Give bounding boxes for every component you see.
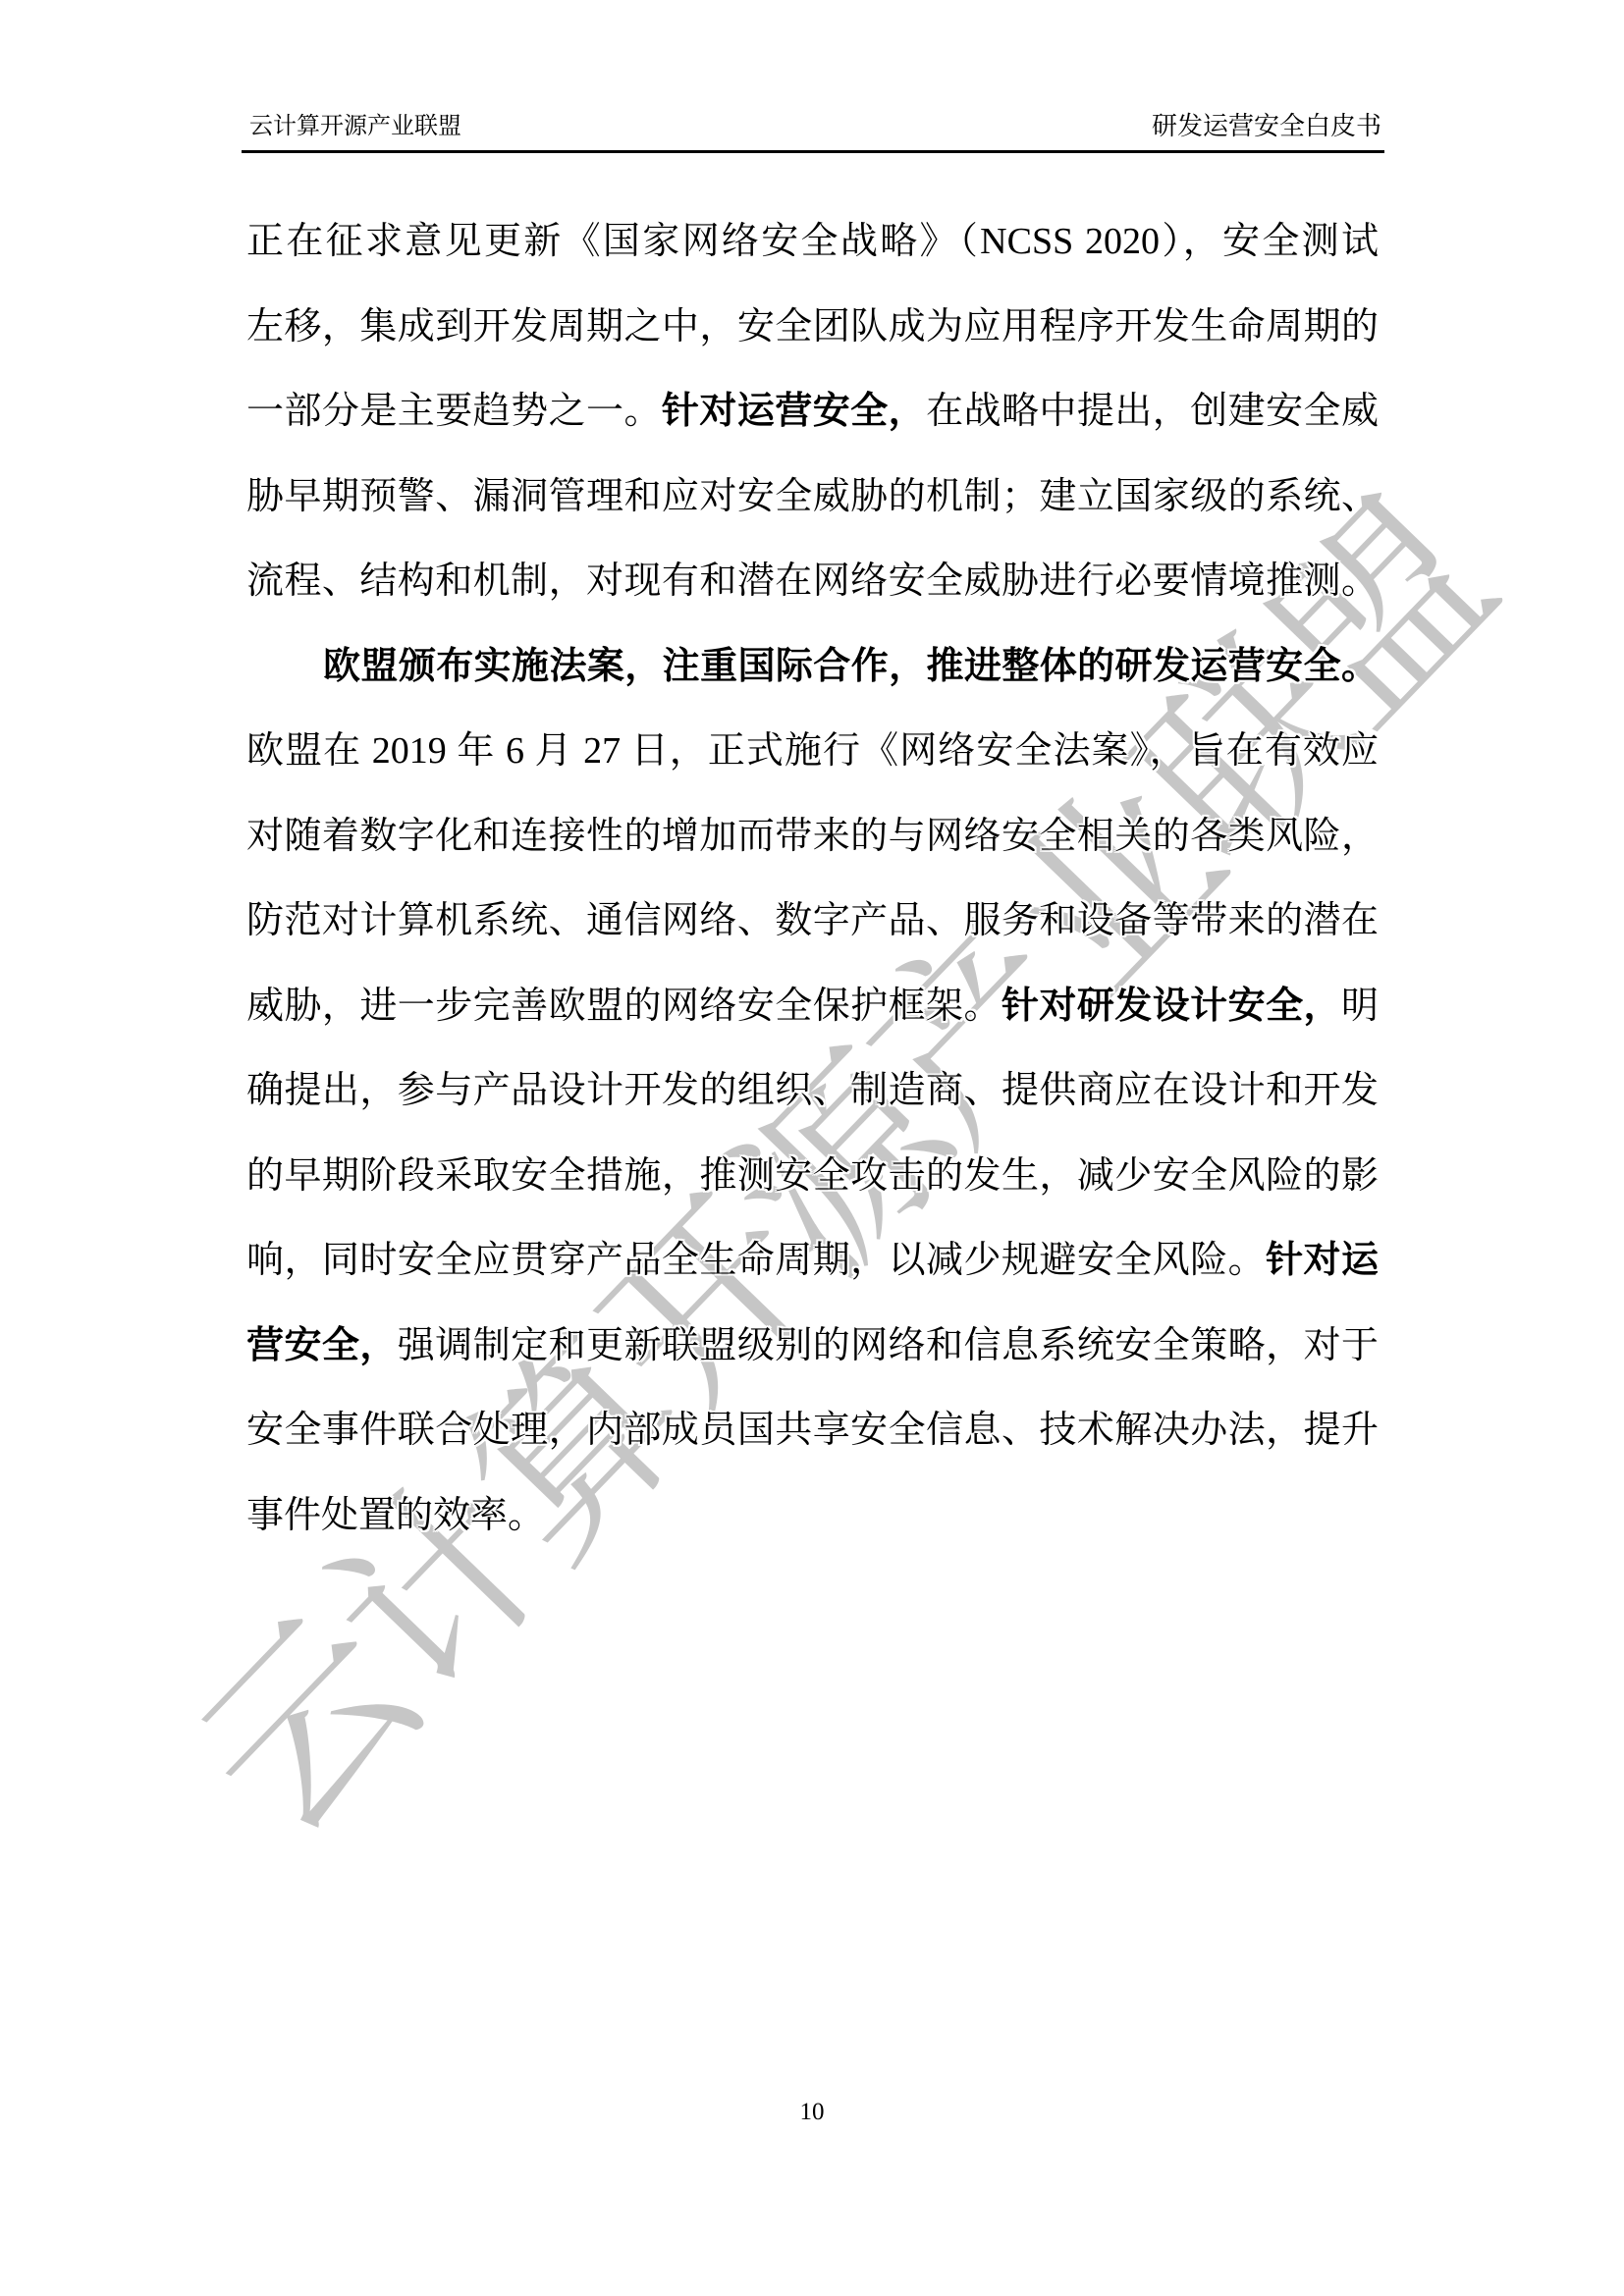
text-line: 一部分是主要趋势之一。针对运营安全，在战略中提出，创建安全威 (246, 369, 1379, 454)
text-segment: 在战略中提出，创建安全威 (926, 391, 1379, 432)
header-right-title: 研发运营安全白皮书 (1152, 111, 1381, 142)
text-line: 安全事件联合处理，内部成员国共享安全信息、技术解决办法，提升 (246, 1388, 1379, 1473)
text-segment: 明 (1341, 986, 1379, 1027)
text-segment: 安全事件联合处理，内部成员国共享安全信息、技术解决办法，提升 (246, 1410, 1379, 1451)
text-segment: 确提出，参与产品设计开发的组织、制造商、提供商应在设计和开发 (246, 1070, 1379, 1111)
header-left-title: 云计算开源产业联盟 (249, 112, 461, 141)
text-line: 防范对计算机系统、通信网络、数字产品、服务和设备等带来的潜在 (246, 879, 1379, 964)
text-segment: 正在征求意见更新《国家网络安全战略》（NCSS 2020），安全测试 (246, 221, 1379, 262)
text-segment: 强调制定和更新联盟级别的网络和信息系统安全策略，对于 (398, 1325, 1379, 1366)
text-line: 的早期阶段采取安全措施，推测安全攻击的发生，减少安全风险的影 (246, 1134, 1379, 1219)
text-segment: 针对运营安全， (662, 391, 926, 432)
text-segment: 胁早期预警、漏洞管理和应对安全威胁的机制；建立国家级的系统、 (246, 476, 1379, 517)
text-line: 事件处置的效率。 (246, 1473, 1379, 1559)
text-segment: 威胁，进一步完善欧盟的网络安全保护框架。 (246, 986, 1001, 1027)
text-segment: 的早期阶段采取安全措施，推测安全攻击的发生，减少安全风险的影 (246, 1155, 1379, 1197)
text-line: 欧盟在 2019 年 6 月 27 日，正式施行《网络安全法案》，旨在有效应 (246, 709, 1379, 794)
document-page: 云计算开源产业联盟 云计算开源产业联盟 研发运营安全白皮书 正在征求意见更新《国… (0, 0, 1624, 2296)
page-number: 10 (0, 2099, 1624, 2126)
text-segment: 针对研发设计安全， (1001, 986, 1341, 1027)
text-line: 确提出，参与产品设计开发的组织、制造商、提供商应在设计和开发 (246, 1048, 1379, 1134)
text-line: 威胁，进一步完善欧盟的网络安全保护框架。针对研发设计安全，明 (246, 964, 1379, 1049)
text-line: 对随着数字化和连接性的增加而带来的与网络安全相关的各类风险， (246, 794, 1379, 880)
text-line: 胁早期预警、漏洞管理和应对安全威胁的机制；建立国家级的系统、 (246, 454, 1379, 540)
text-segment: 左移，集成到开发周期之中，安全团队成为应用程序开发生命周期的 (246, 306, 1379, 347)
text-segment: 防范对计算机系统、通信网络、数字产品、服务和设备等带来的潜在 (246, 900, 1379, 941)
text-segment: 事件处置的效率。 (246, 1495, 545, 1536)
text-segment: 流程、结构和机制，对现有和潜在网络安全威胁进行必要情境推测。 (246, 561, 1379, 602)
text-line: 欧盟颁布实施法案，注重国际合作，推进整体的研发运营安全。 (246, 624, 1379, 710)
text-line: 响，同时安全应贯穿产品全生命周期，以减少规避安全风险。针对运 (246, 1218, 1379, 1304)
text-segment: 欧盟颁布实施法案，注重国际合作，推进整体的研发运营安全。 (323, 646, 1379, 687)
text-line: 正在征求意见更新《国家网络安全战略》（NCSS 2020），安全测试 (246, 199, 1379, 285)
text-segment: 营安全， (246, 1325, 398, 1366)
header-rule (242, 150, 1384, 153)
text-segment: 一部分是主要趋势之一。 (246, 391, 662, 432)
body-text: 正在征求意见更新《国家网络安全战略》（NCSS 2020），安全测试左移，集成到… (246, 199, 1379, 1558)
text-line: 左移，集成到开发周期之中，安全团队成为应用程序开发生命周期的 (246, 285, 1379, 370)
text-segment: 欧盟在 2019 年 6 月 27 日，正式施行《网络安全法案》，旨在有效应 (246, 730, 1379, 772)
text-segment: 针对运 (1266, 1240, 1379, 1281)
text-segment: 响，同时安全应贯穿产品全生命周期，以减少规避安全风险。 (246, 1240, 1266, 1281)
text-line: 流程、结构和机制，对现有和潜在网络安全威胁进行必要情境推测。 (246, 539, 1379, 624)
text-line: 营安全，强调制定和更新联盟级别的网络和信息系统安全策略，对于 (246, 1304, 1379, 1389)
text-segment: 对随着数字化和连接性的增加而带来的与网络安全相关的各类风险， (246, 816, 1379, 857)
